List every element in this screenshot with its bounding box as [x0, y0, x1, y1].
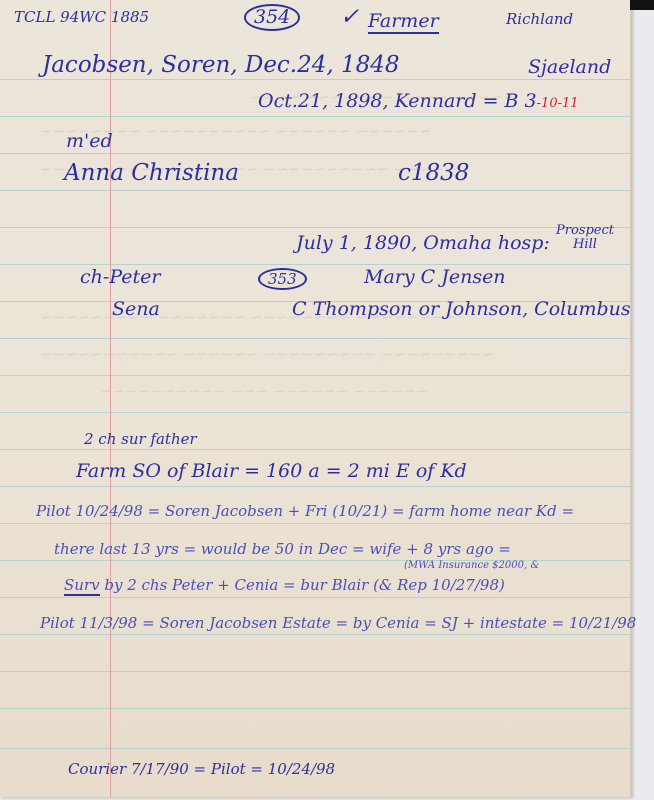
ruled-line: [0, 412, 630, 413]
card-number-circle: 354: [244, 4, 300, 31]
ruled-line: [0, 375, 630, 376]
survivors-note: 2 ch sur father: [84, 430, 197, 448]
marriage-date-place: July 1, 1890, Omaha hosp:: [296, 232, 550, 254]
ruled-line: [0, 671, 630, 672]
ruled-line: [0, 523, 630, 524]
ruled-line: [0, 748, 630, 749]
ruled-line: [0, 486, 630, 487]
spouse-card-ref: 353: [258, 268, 307, 290]
child-spouse: C Thompson or Johnson, Columbus: [292, 298, 631, 320]
ruled-line: [0, 449, 630, 450]
ruled-line: [0, 264, 630, 265]
ruled-line: [0, 338, 630, 339]
footer-sources: Courier 7/17/90 = Pilot = 10/24/98: [68, 760, 335, 778]
ruled-line: [0, 116, 630, 117]
pilot-obituary-line: Surv by 2 chs Peter + Cenia = bur Blair …: [64, 576, 505, 594]
bleed-through: ~~~~~~ ~~~~~~ ~~~ ~~~~~~~~~~: [100, 382, 429, 400]
card-number: 354: [244, 4, 300, 31]
red-annotation: -10-11: [537, 96, 579, 111]
pilot-obituary-line: Pilot 10/24/98 = Soren Jacobsen + Fri (1…: [36, 502, 574, 520]
ruled-line: [0, 708, 630, 709]
child-item: Sena: [112, 298, 160, 320]
ruled-line: [0, 79, 630, 80]
check-mark-icon: ✓: [340, 4, 359, 30]
ruled-line: [0, 634, 630, 635]
pilot-obituary-line: there last 13 yrs = would be 50 in Dec =…: [54, 540, 511, 558]
ruled-line: [0, 190, 630, 191]
source-reference: TCLL 94WC 1885: [14, 8, 149, 26]
death-info: Oct.21, 1898, Kennard = B 3-10-11: [258, 90, 579, 112]
ruled-line: [0, 153, 630, 154]
township: Richland: [506, 10, 573, 28]
subject-name-birth: Jacobsen, Soren, Dec.24, 1848: [42, 52, 400, 78]
child-item: ch-Peter: [80, 266, 160, 288]
marriage-place-note: Prospect Hill: [556, 224, 614, 252]
scan-edge: [630, 0, 654, 10]
bleed-through: ~~~~~~~~~ ~~~~~~~~~ ~~~~~~ ~~~~~~~~~~~: [40, 345, 494, 363]
occupation: Farmer: [368, 10, 439, 32]
spouse-name: Anna Christina: [64, 160, 239, 186]
ruled-line: [0, 597, 630, 598]
married-label: m'ed: [66, 130, 113, 152]
birthplace: Sjaeland: [528, 56, 611, 78]
ruled-line: [0, 227, 630, 228]
index-card: ~~~~~ ~~~~ ~~~~~~~ ~~~~ ~~~~~~ ~~~~~~ ~~…: [0, 0, 631, 797]
child-spouse: Mary C Jensen: [364, 266, 506, 288]
pilot-estate-note: Pilot 11/3/98 = Soren Jacobsen Estate = …: [40, 614, 636, 632]
insurance-insert: (MWA Insurance $2000, &: [404, 560, 539, 571]
spouse-birth: c1838: [398, 160, 469, 186]
farm-note: Farm SO of Blair = 160 a = 2 mi E of Kd: [76, 460, 467, 482]
